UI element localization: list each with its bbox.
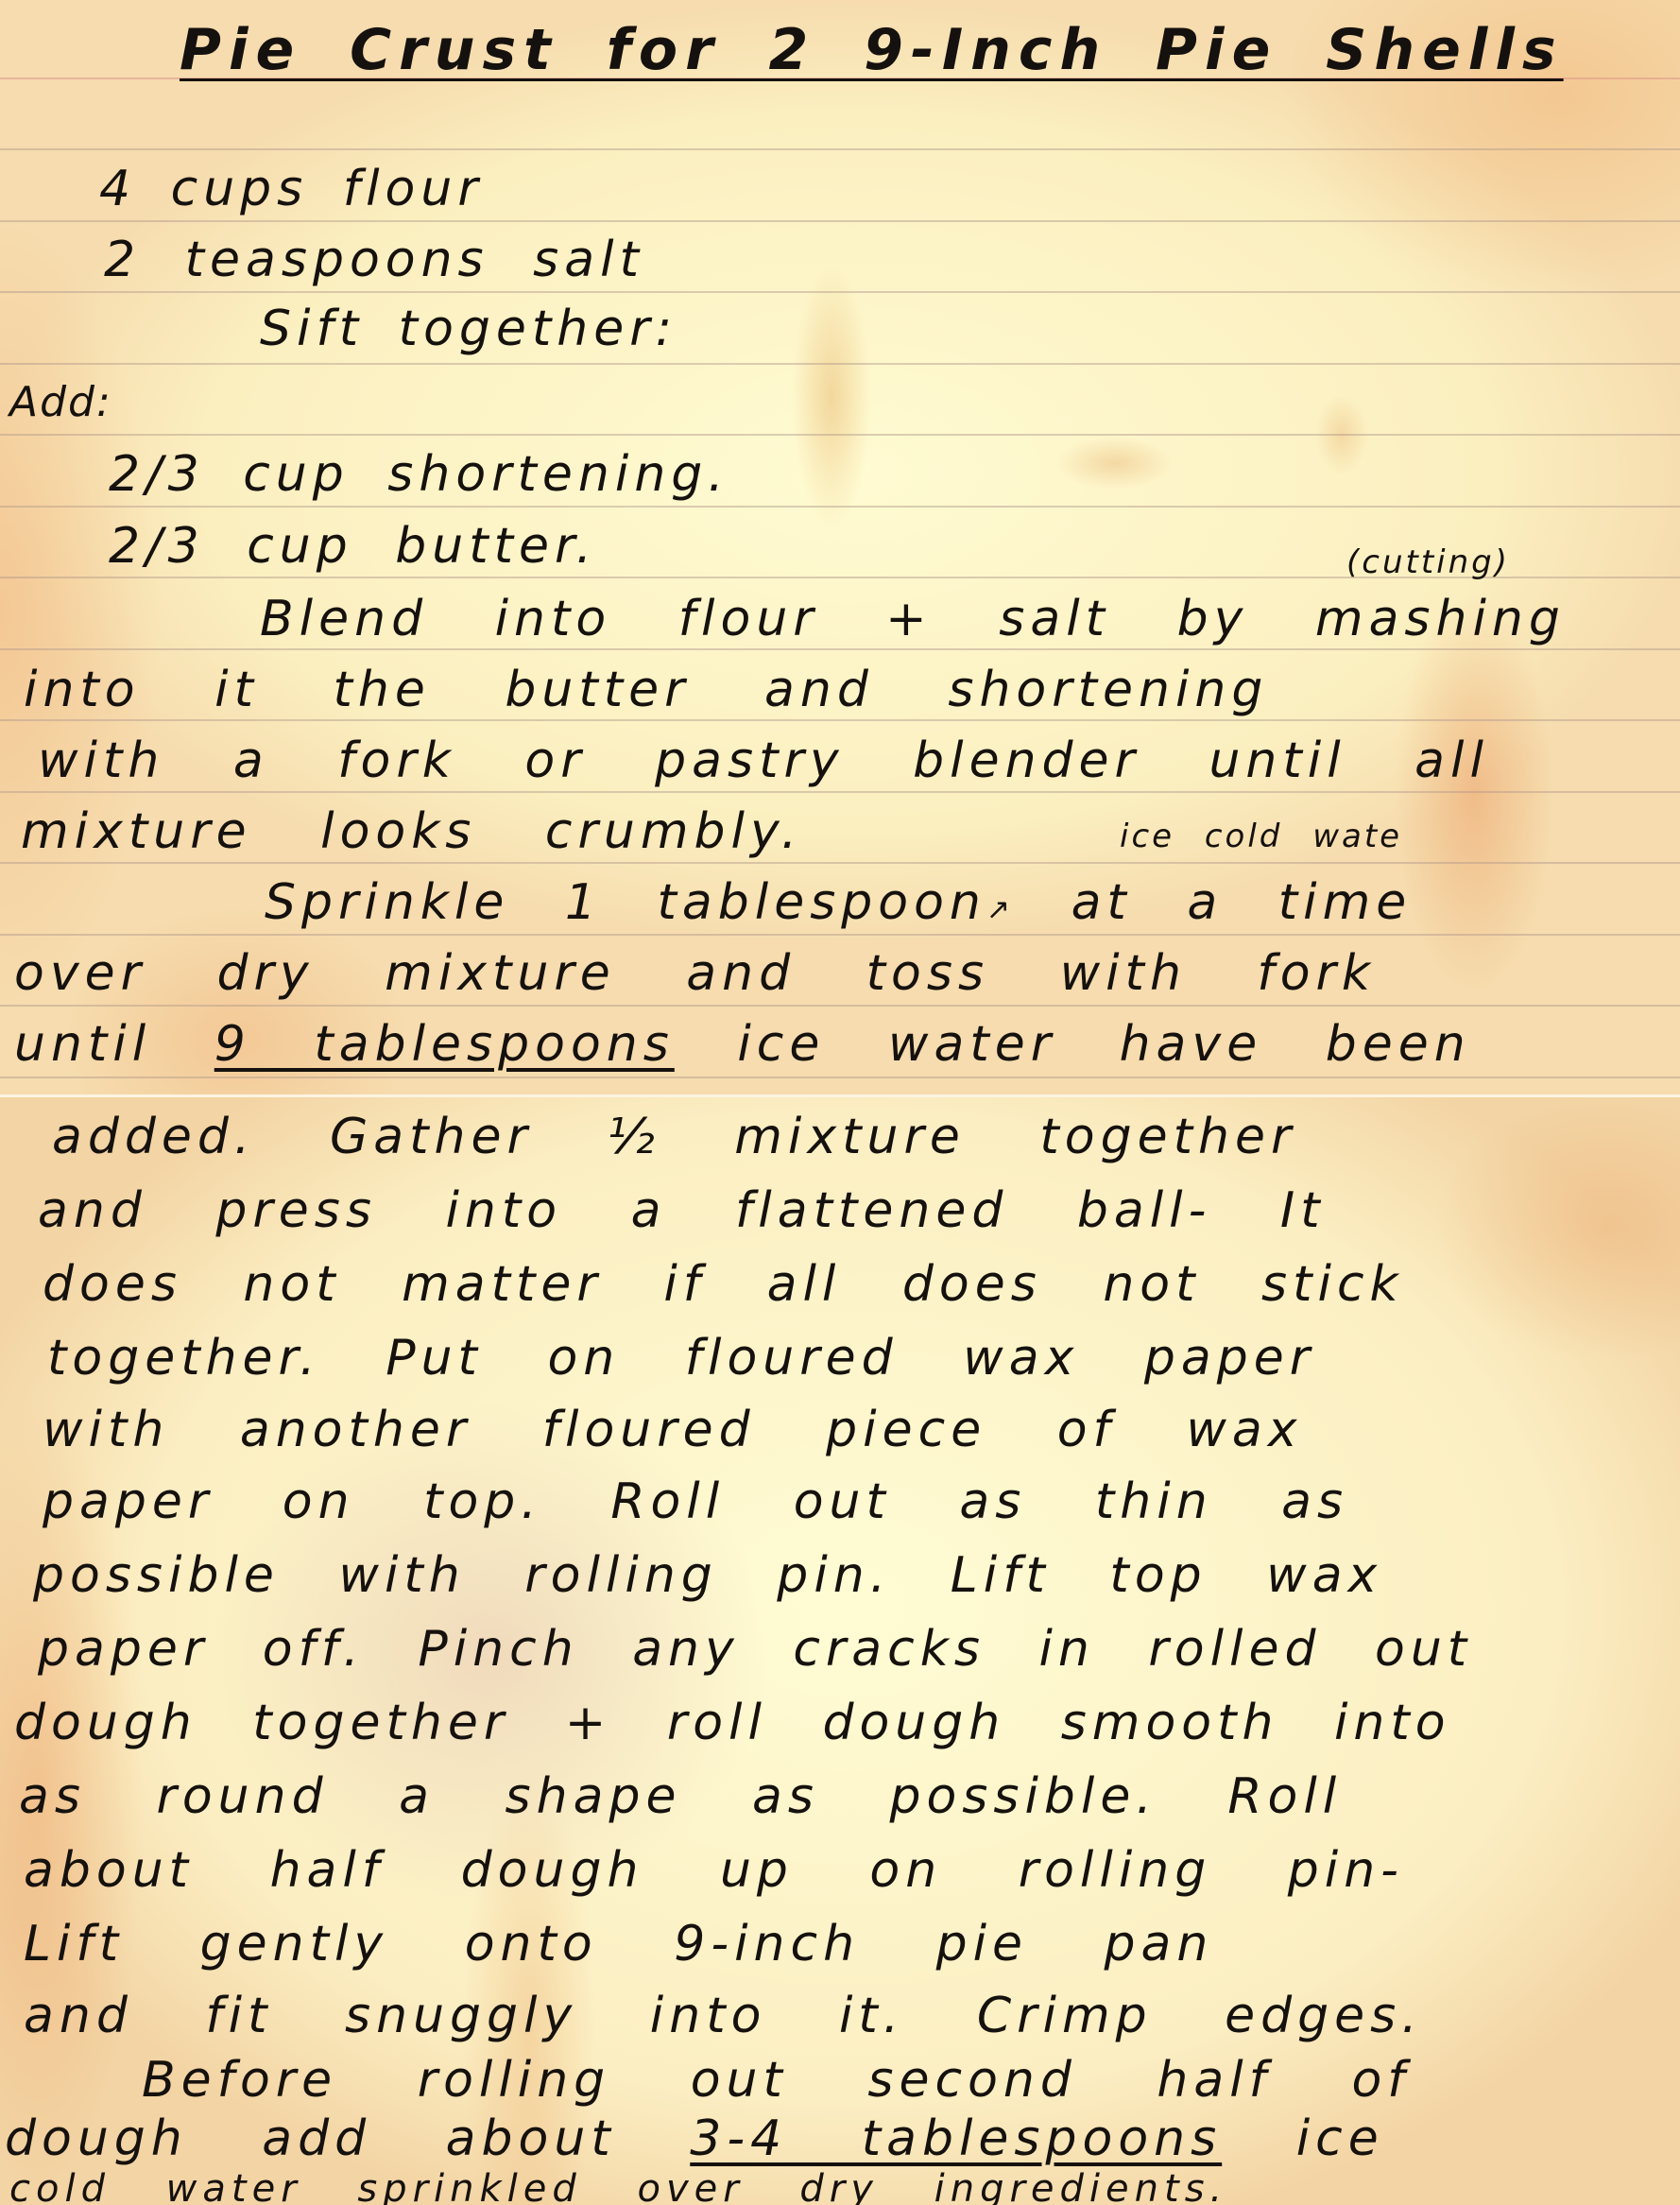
- instruction-sprinkle: Sprinkle 1 tablespoon↗ at a time: [265, 874, 1412, 931]
- instruction-line: over dry mixture and toss with fork: [14, 945, 1376, 1002]
- ruled-line: [0, 220, 1680, 222]
- instruction-line: possible with rolling pin. Lift top wax: [33, 1547, 1382, 1604]
- instruction-line: mixture looks crumbly.: [21, 803, 802, 860]
- ruled-line: [0, 648, 1680, 650]
- instruction-line: does not matter if all does not stick: [43, 1256, 1404, 1313]
- instruction-line: Blend into flour + salt by mashing: [260, 591, 1566, 647]
- sprinkle-text: Sprinkle 1 tablespoon: [265, 874, 986, 931]
- ruled-line: [0, 934, 1680, 936]
- ruled-line: [0, 791, 1680, 793]
- sprinkle-text-after: at a time: [1071, 874, 1413, 931]
- underlined-measure: 3-4 tablespoons: [690, 2110, 1222, 2167]
- instruction-line: as round a shape as possible. Roll: [19, 1768, 1342, 1825]
- instruction-line: added. Gather ½ mixture together: [52, 1109, 1296, 1165]
- ingredient-flour: 4 cups flour: [99, 161, 484, 217]
- ruled-line: [0, 434, 1680, 436]
- instruction-line: about half dough up on rolling pin-: [24, 1842, 1404, 1899]
- instruction-line: with another floured piece of wax: [43, 1402, 1303, 1458]
- instruction-line: and fit snuggly into it. Crimp edges.: [24, 1988, 1423, 2044]
- instruction-line: paper on top. Roll out as thin as: [43, 1473, 1348, 1530]
- instruction-line: with a fork or pastry blender until all: [38, 732, 1489, 789]
- instruction-dough-add: dough add about 3-4 tablespoons ice: [5, 2110, 1384, 2167]
- ingredient-salt: 2 teaspoons salt: [104, 232, 644, 288]
- instruction-line: dough together + roll dough smooth into: [14, 1695, 1451, 1751]
- ruled-line: [0, 862, 1680, 864]
- recipe-cards-page: Pie Crust for 2 9-Inch Pie Shells 4 cups…: [0, 0, 1680, 2205]
- ruled-line: [0, 506, 1680, 508]
- instruction-line: and press into a flattened ball- It: [38, 1182, 1326, 1239]
- until-text: until: [14, 1016, 151, 1073]
- annotation-ice-cold-water: ice cold wate: [1120, 818, 1402, 855]
- instruction-line: into it the butter and shortening: [24, 662, 1268, 718]
- sift-instruction: Sift together:: [260, 301, 677, 357]
- ruled-line: [0, 363, 1680, 365]
- recipe-card-top: Pie Crust for 2 9-Inch Pie Shells 4 cups…: [0, 0, 1680, 1094]
- ruled-line: [0, 1077, 1680, 1078]
- annotation-cutting: (cutting): [1346, 543, 1510, 581]
- insert-arrow-icon: ↗: [986, 893, 1016, 926]
- add-butter: 2/3 cup butter.: [109, 518, 597, 575]
- underlined-measure: 9 tablespoons: [214, 1016, 675, 1073]
- dough-add-text: dough add about: [5, 2110, 616, 2167]
- ruled-line: [0, 719, 1680, 721]
- ruled-line: [0, 1005, 1680, 1007]
- instruction-line: Lift gently onto 9-inch pie pan: [24, 1916, 1213, 1972]
- instruction-line: cold water sprinkled over dry ingredient…: [9, 2167, 1227, 2205]
- ruled-line: [0, 291, 1680, 293]
- instruction-line: together. Put on floured wax paper: [47, 1330, 1315, 1387]
- recipe-title: Pie Crust for 2 9-Inch Pie Shells: [180, 17, 1564, 83]
- add-shortening: 2/3 cup shortening.: [109, 446, 729, 503]
- recipe-card-bottom: added. Gather ½ mixture together and pre…: [0, 1097, 1680, 2205]
- instruction-line: Before rolling out second half of: [142, 2052, 1411, 2109]
- ruled-line: [0, 148, 1680, 150]
- add-label: Add:: [9, 378, 112, 426]
- until-text-after: ice water have been: [737, 1016, 1470, 1073]
- instruction-line: paper off. Pinch any cracks in rolled ou…: [38, 1621, 1472, 1678]
- instruction-until: until 9 tablespoons ice water have been: [14, 1016, 1471, 1073]
- dough-add-text-after: ice: [1296, 2110, 1384, 2167]
